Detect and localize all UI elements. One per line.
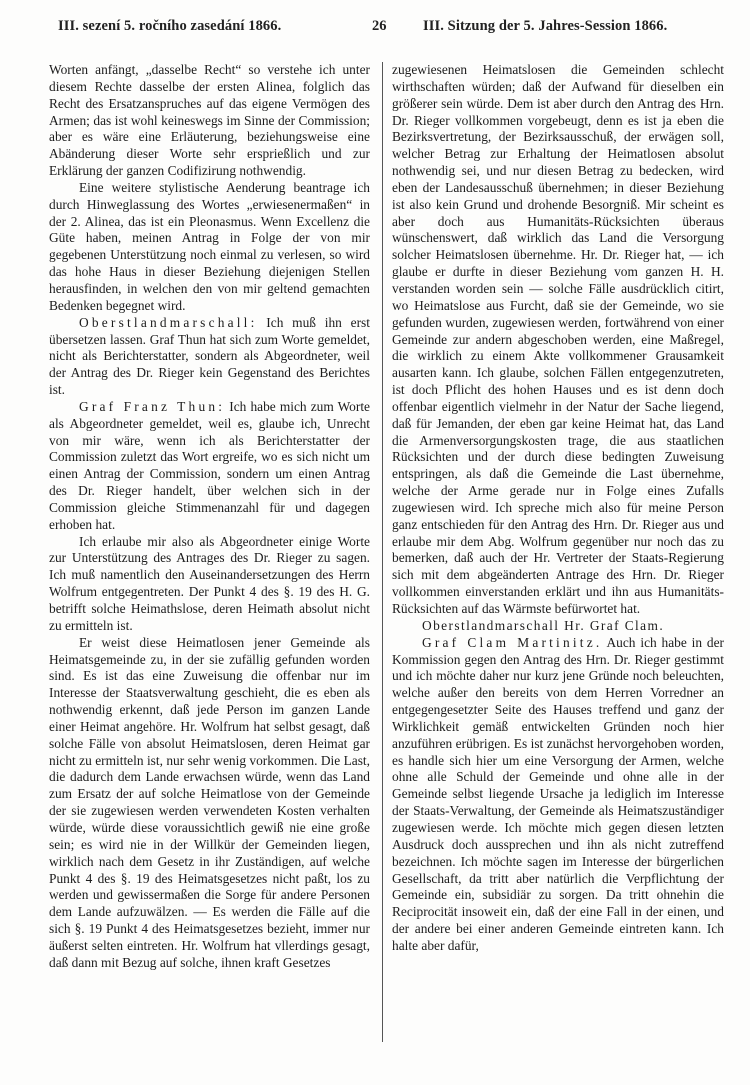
speaker-name: Graf Franz Thun: — [79, 399, 225, 414]
paragraph-text: Ich erlaube mir also als Abgeordneter ei… — [49, 534, 370, 633]
paragraph: Eine weitere stylistische Aenderung bean… — [49, 180, 370, 315]
paragraph: Worten anfängt, „dasselbe Recht“ so vers… — [49, 62, 370, 180]
speaker-name: Graf Clam Martinitz. — [422, 635, 602, 650]
paragraph: Graf Clam Martinitz. Auch ich habe in de… — [392, 635, 724, 955]
page-number: 26 — [372, 18, 387, 35]
document-page: III. sezení 5. ročního zasedání 1866. 26… — [0, 0, 750, 1085]
paragraph-text: Eine weitere stylistische Aenderung bean… — [49, 180, 370, 313]
speaker-announcement-text: Oberstlandmarschall Hr. Graf Clam. — [422, 618, 664, 633]
right-column: zugewiesenen Heimatslosen die Gemeinden … — [392, 62, 724, 955]
paragraph: Oberstlandmarschall: Ich muß ihn erst üb… — [49, 315, 370, 399]
paragraph-text: Er weist diese Heimatlosen jener Gemeind… — [49, 635, 370, 970]
running-header: III. sezení 5. ročního zasedání 1866. 26… — [0, 14, 750, 38]
paragraph: zugewiesenen Heimatslosen die Gemeinden … — [392, 62, 724, 618]
header-czech-title: III. sezení 5. ročního zasedání 1866. — [58, 18, 281, 35]
paragraph-text: Auch ich habe in der Kommission gegen de… — [392, 635, 724, 953]
speaker-announcement: Oberstlandmarschall Hr. Graf Clam. — [392, 618, 724, 635]
paragraph-text: Worten anfängt, „dasselbe Recht“ so vers… — [49, 62, 370, 178]
header-german-title: III. Sitzung der 5. Jahres-Session 1866. — [423, 18, 667, 35]
paragraph-text: zugewiesenen Heimatslosen die Gemeinden … — [392, 62, 724, 616]
paragraph: Er weist diese Heimatlosen jener Gemeind… — [49, 635, 370, 972]
paragraph: Graf Franz Thun: Ich habe mich zum Worte… — [49, 399, 370, 534]
paragraph-text: Ich habe mich zum Worte als Abgeordneter… — [49, 399, 370, 532]
speaker-name: Oberstlandmarschall: — [79, 315, 258, 330]
left-column: Worten anfängt, „dasselbe Recht“ so vers… — [49, 62, 370, 972]
column-divider — [382, 62, 383, 1042]
paragraph: Ich erlaube mir also als Abgeordneter ei… — [49, 534, 370, 635]
